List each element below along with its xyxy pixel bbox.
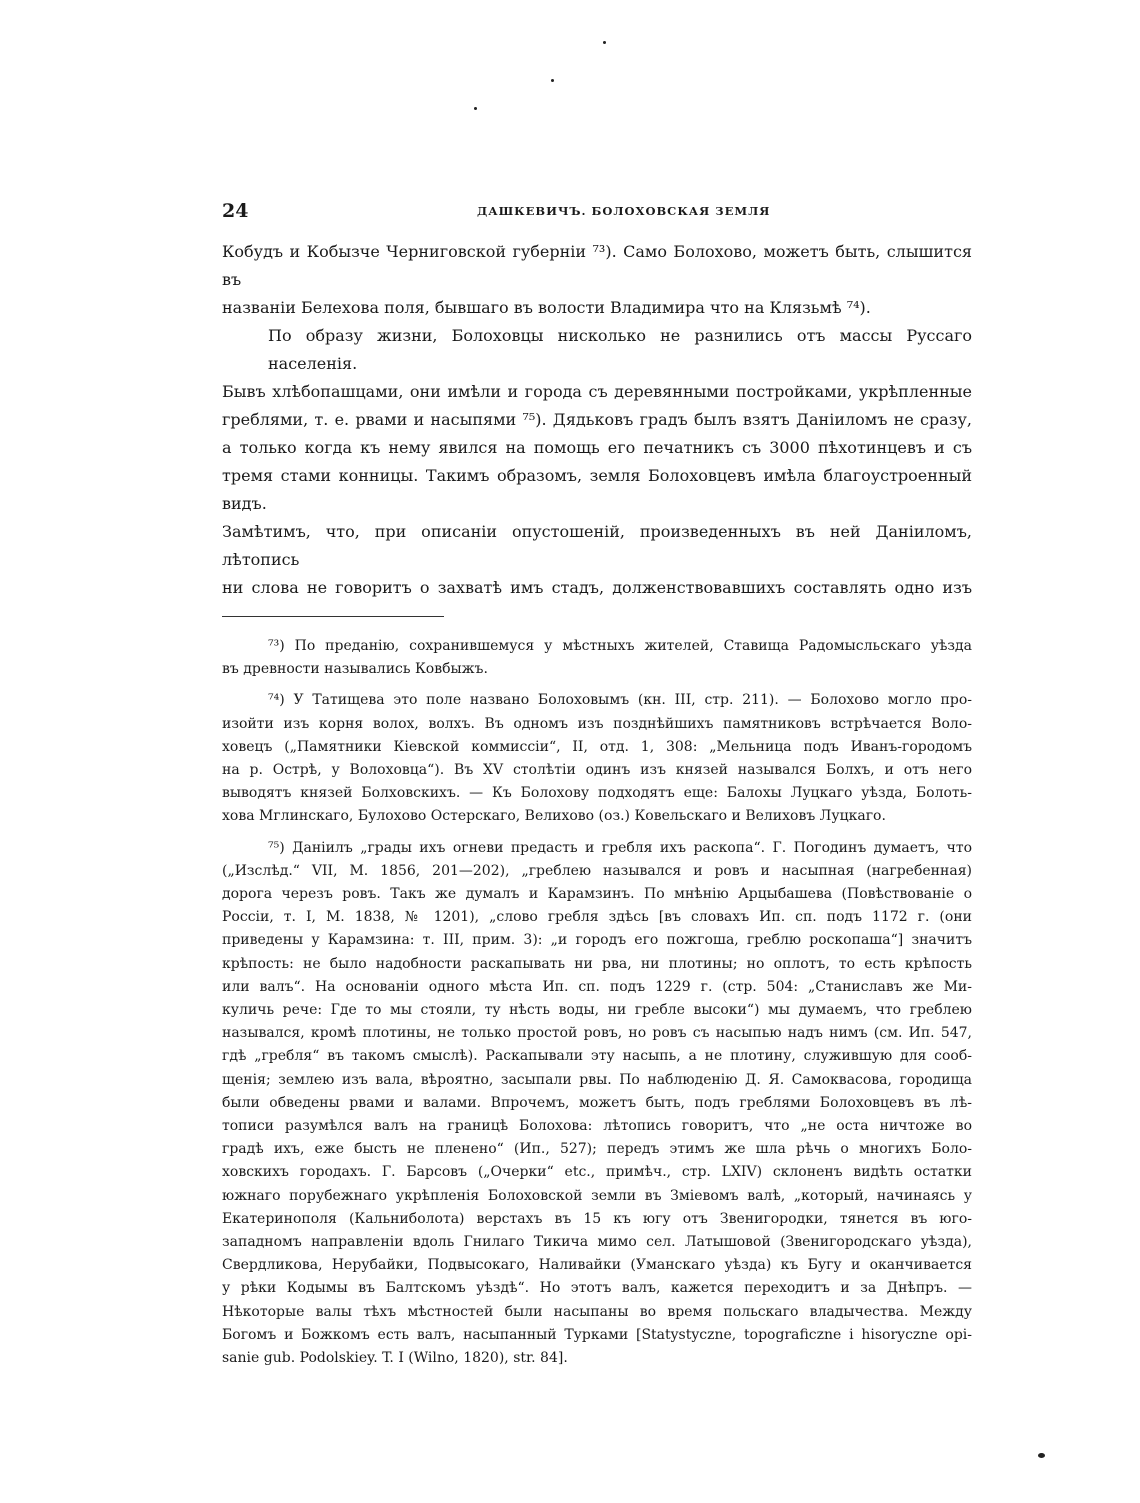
footnote-line: („Изслѣд.“ VII, М. 1856, 201—202), „греб… bbox=[222, 860, 972, 883]
footnote-line: тописи разумѣлся валъ на границѣ Болохов… bbox=[222, 1115, 972, 1138]
footnote-separator bbox=[222, 616, 444, 617]
footnote-74: ⁷⁴) У Татищева это поле названо Болоховы… bbox=[222, 689, 972, 828]
page-number: 24 bbox=[222, 200, 248, 222]
footnote-75: ⁷⁵) Даніилъ „грады ихъ огневи предасть и… bbox=[222, 837, 972, 1371]
footnote-line: въ древности назывались Ковбыжъ. bbox=[222, 658, 972, 681]
footnote-line: выводятъ князей Болховскихъ. — Къ Болохо… bbox=[222, 782, 972, 805]
footnote-line: ⁷⁴) У Татищева это поле названо Болоховы… bbox=[222, 689, 972, 712]
footnote-line: Екатеринополя (Кальниболота) верстахъ въ… bbox=[222, 1208, 972, 1231]
book-page: 24 ДАШКЕВИЧЪ. БОЛОХОВСКАЯ ЗЕМЛЯ Кобудъ и… bbox=[222, 200, 972, 1378]
scan-speck bbox=[474, 107, 477, 110]
text-line: греблями, т. е. рвами и насыпями ⁷⁵). Дя… bbox=[222, 406, 972, 434]
footnote-line: дорога черезъ ровъ. Такъ же думалъ и Кар… bbox=[222, 883, 972, 906]
footnote-line: sanie gub. Podolskiey. T. I (Wilno, 1820… bbox=[222, 1347, 972, 1370]
text-line: тремя стами конницы. Такимъ образомъ, зе… bbox=[222, 462, 972, 518]
footnote-73: ⁷³) По преданію, сохранившемуся у мѣстны… bbox=[222, 635, 972, 681]
footnote-line: Россіи, т. I, М. 1838, № 1201), „слово г… bbox=[222, 906, 972, 929]
footnote-line: на р. Острѣ, у Волоховца“). Въ XV столѣт… bbox=[222, 759, 972, 782]
footnote-line: ховскихъ городахъ. Г. Барсовъ („Очерки“ … bbox=[222, 1161, 972, 1184]
text-line: Бывъ хлѣбопашцами, они имѣли и города съ… bbox=[222, 378, 972, 406]
footnote-line: или валъ“. На основаніи одного мѣста Ип.… bbox=[222, 976, 972, 999]
footnote-line: куличь рече: Где то мы стояли, ту нѣсть … bbox=[222, 999, 972, 1022]
footnote-line: Нѣкоторые валы тѣхъ мѣстностей были насы… bbox=[222, 1301, 972, 1324]
text-line: названіи Белехова поля, бывшаго въ волос… bbox=[222, 294, 972, 322]
text-line: ни слова не говоритъ о захватѣ имъ стадъ… bbox=[222, 574, 972, 602]
text-line: По образу жизни, Болоховцы нисколько не … bbox=[222, 322, 972, 378]
running-title: ДАШКЕВИЧЪ. БОЛОХОВСКАЯ ЗЕМЛЯ bbox=[477, 204, 770, 218]
scan-speck bbox=[1038, 1453, 1045, 1458]
footnote-line: хова Мглинскаго, Булохово Остерскаго, Ве… bbox=[222, 805, 972, 828]
footnote-line: у рѣки Кодымы въ Балтскомъ уѣздѣ“. Но эт… bbox=[222, 1277, 972, 1300]
footnote-line: Свердликова, Нерубайки, Подвысокаго, Нал… bbox=[222, 1254, 972, 1277]
paragraph-continuation: Кобудъ и Кобызче Черниговской губерніи ⁷… bbox=[222, 238, 972, 322]
footnote-line: Богомъ и Божкомъ есть валъ, насыпанный Т… bbox=[222, 1324, 972, 1347]
footnote-line: ⁷³) По преданію, сохранившемуся у мѣстны… bbox=[222, 635, 972, 658]
footnote-line: ховецъ („Памятники Кіевской коммиссіи“, … bbox=[222, 736, 972, 759]
footnote-line: западномъ направленіи вдоль Гнилаго Тики… bbox=[222, 1231, 972, 1254]
footnote-line: приведены у Карамзина: т. III, прим. 3):… bbox=[222, 929, 972, 952]
footnote-line: гдѣ „гребля“ въ такомъ смыслѣ). Раскапыв… bbox=[222, 1045, 972, 1068]
footnote-line: были обведены рвами и валами. Впрочемъ, … bbox=[222, 1092, 972, 1115]
footnotes: ⁷³) По преданію, сохранившемуся у мѣстны… bbox=[222, 635, 972, 1370]
footnote-line: крѣпость: не было надобности раскапывать… bbox=[222, 953, 972, 976]
running-head: 24 ДАШКЕВИЧЪ. БОЛОХОВСКАЯ ЗЕМЛЯ bbox=[222, 200, 972, 224]
paragraph-way-of-life: По образу жизни, Болоховцы нисколько не … bbox=[222, 322, 972, 602]
body-text: Кобудъ и Кобызче Черниговской губерніи ⁷… bbox=[222, 238, 972, 602]
footnote-line: ⁷⁵) Даніилъ „грады ихъ огневи предасть и… bbox=[222, 837, 972, 860]
footnote-line: южнаго порубежнаго укрѣпленія Болоховско… bbox=[222, 1185, 972, 1208]
text-line: Замѣтимъ, что, при описаніи опустошеній,… bbox=[222, 518, 972, 574]
footnote-line: изойти изъ корня волох, волхъ. Въ одномъ… bbox=[222, 713, 972, 736]
text-line: Кобудъ и Кобызче Черниговской губерніи ⁷… bbox=[222, 238, 972, 294]
footnote-line: назывался, кромѣ плотины, не только прос… bbox=[222, 1022, 972, 1045]
scan-speck bbox=[551, 79, 554, 82]
footnote-line: щенія; землею изъ вала, вѣроятно, засыпа… bbox=[222, 1069, 972, 1092]
footnote-line: градѣ ихъ, еже бысть не пленено“ (Ип., 5… bbox=[222, 1138, 972, 1161]
scan-speck bbox=[603, 41, 606, 44]
text-line: а только когда къ нему явился на помощь … bbox=[222, 434, 972, 462]
